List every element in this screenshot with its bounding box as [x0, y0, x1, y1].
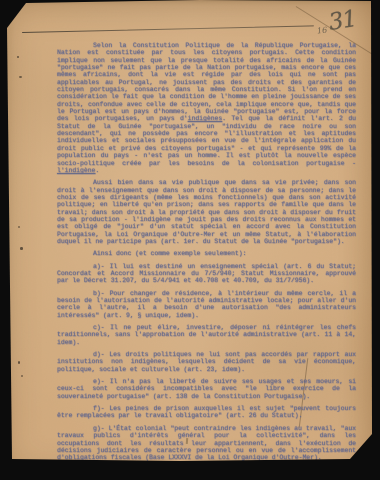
paragraph: f)- Les peines de prison auxquelles il e…: [57, 405, 356, 420]
ink-speck: [19, 76, 22, 78]
handwritten-page-number: 31: [327, 8, 358, 35]
handwritten-annotation-small: 16: [317, 25, 328, 35]
paragraph: Selon la Constitution Politique de la Ré…: [57, 42, 356, 174]
ink-speck: [18, 226, 20, 228]
ink-speck: [21, 375, 23, 377]
paragraph: e)- Il n'a pas la liberté de suivre ses …: [57, 378, 356, 400]
paragraph: d)- Les droits politiques ne lui sont pa…: [57, 351, 356, 373]
paragraph: c)- Il ne peut élire, investire, déposer…: [57, 324, 356, 346]
scanned-page: 31 16 Selon la Constitution Politique de…: [0, 0, 380, 480]
paragraph: Ainsi donc (et comme exemple seulement):: [57, 250, 356, 257]
paper-sheet: 31 16 Selon la Constitution Politique de…: [0, 0, 380, 480]
paragraph: g)- L'État colonial "peut contraindre le…: [57, 425, 356, 462]
ink-speck: [18, 361, 20, 364]
paragraph: Aussi bien dans sa vie publique que dans…: [57, 179, 356, 245]
paragraph: a)- Il lui est destiné un enseignement s…: [57, 263, 356, 285]
ink-speck: [20, 247, 23, 250]
paragraph: b)- Pour changer de résidence, à l'intér…: [57, 290, 356, 319]
document-body: Selon la Constitution Politique de la Ré…: [57, 42, 356, 467]
ink-speck: [17, 56, 19, 58]
pencil-underline: [22, 25, 314, 33]
